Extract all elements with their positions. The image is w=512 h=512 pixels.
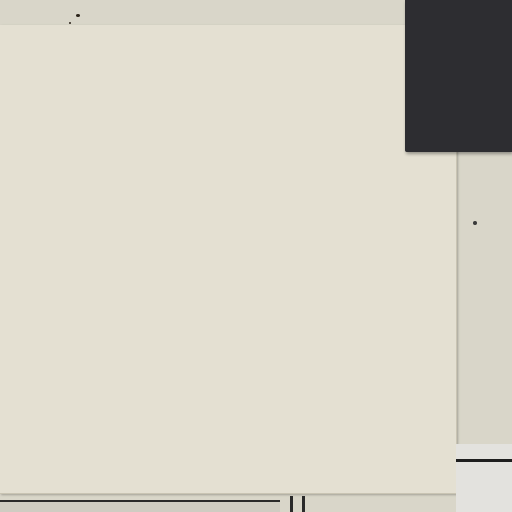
label-divider <box>456 459 512 462</box>
ink-spot <box>69 22 71 24</box>
frame-bar <box>302 496 305 512</box>
frame-bar <box>290 496 293 512</box>
color-calibration-chart <box>405 0 512 152</box>
manuscript-sheet <box>0 25 457 494</box>
ink-spot <box>473 221 477 225</box>
lower-label-frame <box>0 500 280 512</box>
ink-spot <box>76 14 80 17</box>
herbarium-label <box>456 444 512 512</box>
